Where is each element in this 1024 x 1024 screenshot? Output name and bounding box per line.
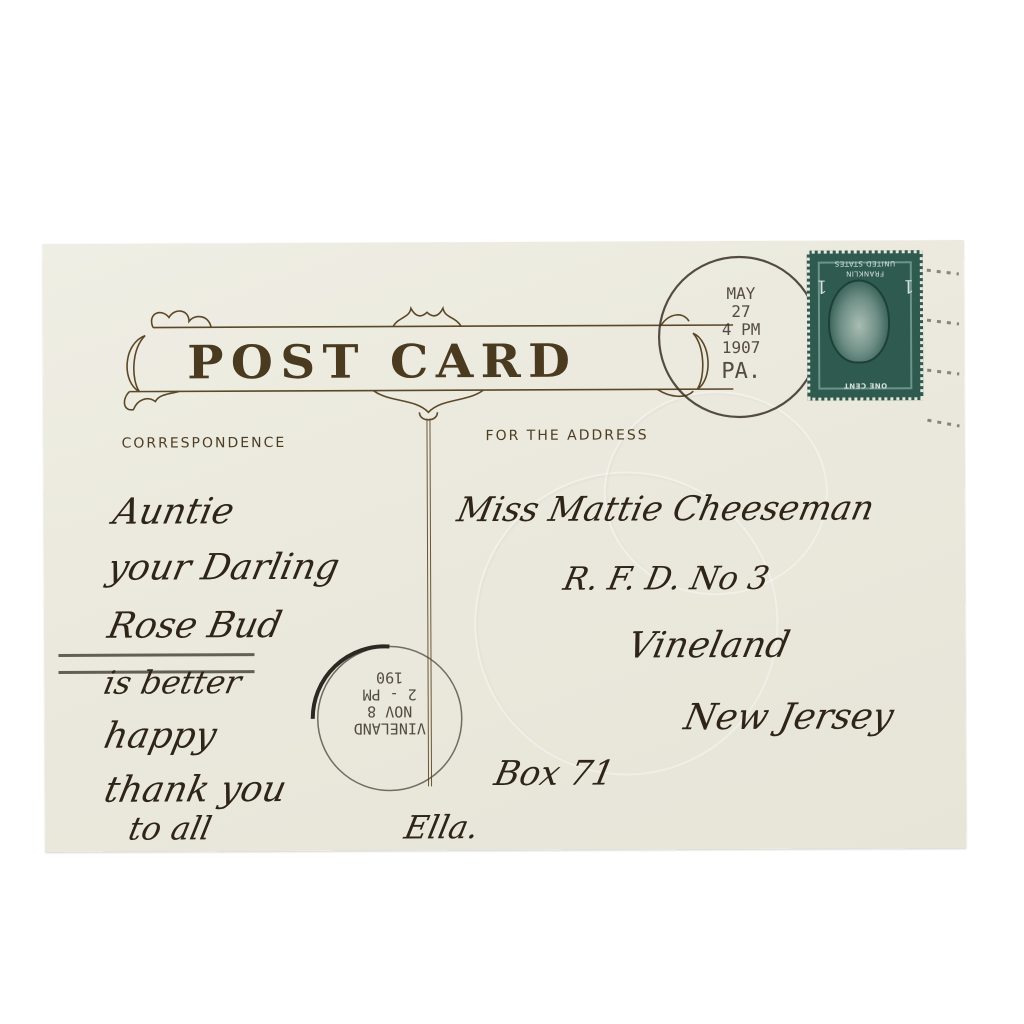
box-number: Box 71 [491,754,618,795]
message-line: your Darling [104,547,343,589]
address-line-name: Miss Mattie Cheeseman [454,488,878,530]
stamp-country: UNITED STATES [810,259,920,267]
origin-postmark-text: MAY 27 4 PM 1907 PA. [701,285,781,381]
receiving-postmark-town: VINELAND [335,719,445,736]
message-line: happy [101,715,221,757]
correspondence-label: CORRESPONDENCE [122,435,287,452]
origin-postmark-time: 4 PM [701,321,781,339]
message-line: thank you [101,769,290,811]
receiving-postmark-time: 2 - PM [335,685,445,702]
receiving-postmark-date: NOV 8 [335,702,445,719]
receiving-postmark-year: 190 [335,668,445,685]
address-line-route: R. F. D. No 3 [560,559,773,598]
origin-postmark-state: PA. [701,363,781,381]
address-line-state: New Jersey [680,696,897,738]
cancellation-killer-bars [923,260,964,450]
address-label: FOR THE ADDRESS [485,427,648,444]
message-line: Auntie [110,491,238,533]
stamp-value: ONE CENT [810,381,920,389]
address-line-city: Vineland [624,625,793,667]
stamp-denomination: 1 [902,275,914,296]
message-line: is better [101,663,245,702]
origin-postmark-day: 27 [701,303,781,321]
receiving-postmark-text: VINELAND NOV 8 2 - PM 190 [335,668,445,736]
signature: Ella. [401,808,482,846]
stamp-portrait [828,279,890,363]
stamp-denomination: 1 [816,276,828,297]
postcard-back: POST CARD CORRESPONDENCE FOR THE ADDRESS… [43,240,967,852]
message-line: to all [125,809,215,847]
origin-postmark-month: MAY [701,285,781,303]
origin-postmark-year: 1907 [701,339,781,357]
message-line: Rose Bud [104,605,285,647]
postage-stamp: UNITED STATES FRANKLIN ONE CENT 1 1 [807,250,924,401]
postcard-title: POST CARD [187,333,670,389]
